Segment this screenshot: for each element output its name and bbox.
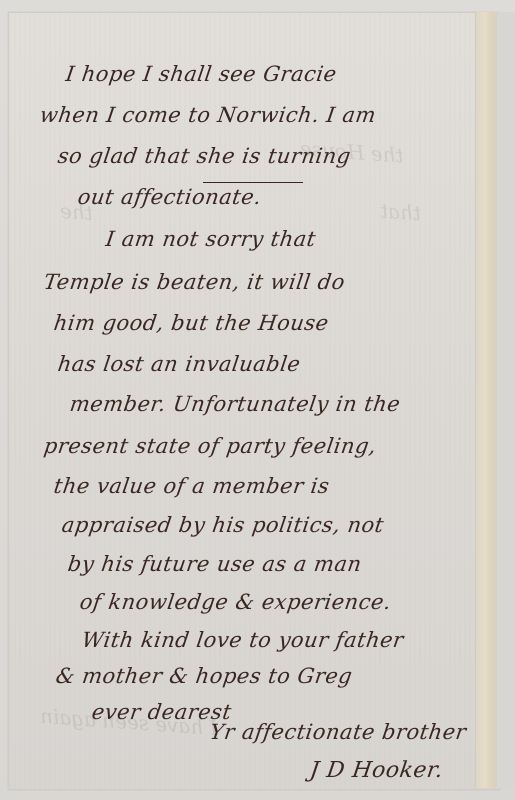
signature: J D Hooker. <box>308 758 445 783</box>
letter-line: With kind love to your father <box>80 628 405 652</box>
letter-line: out affectionate. <box>76 185 263 209</box>
letter-line: I hope I shall see Gracie <box>64 62 338 86</box>
letter-line: by his future use as a man <box>66 552 363 576</box>
letter-line: I am not sorry that <box>104 227 317 251</box>
letter-line: & mother & hopes to Greg <box>54 664 354 688</box>
letter-line: him good, but the House <box>52 311 330 335</box>
letter-line: member. Unfortunately in the <box>68 392 402 416</box>
letter-line: of knowledge & experience. <box>78 590 393 614</box>
letter-line: has lost an invaluable <box>56 352 302 376</box>
letter-line: so glad that she is turning <box>56 144 352 168</box>
closing-valediction: Yr affectionate brother <box>208 720 468 744</box>
letter-line: Temple is beaten, it will do <box>42 270 346 294</box>
letter-line: present state of party feeling, <box>42 434 378 458</box>
letter-line: when I come to Norwich. I am <box>38 103 377 127</box>
letter-line: appraised by his politics, not <box>60 513 385 537</box>
letter-body: I hope I shall see Gracie when I come to… <box>0 0 515 800</box>
underline-mark <box>203 182 303 183</box>
letter-line: the value of a member is <box>52 474 331 498</box>
